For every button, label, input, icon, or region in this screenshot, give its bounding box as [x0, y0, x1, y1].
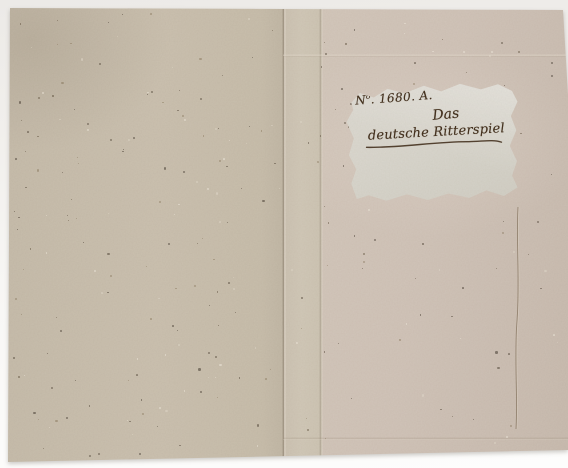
paper-speckles	[0, 0, 568, 468]
scan-canvas: No. 1680. A. Das deutsche Ritterspiel	[0, 0, 568, 468]
paper-shadow: No. 1680. A. Das deutsche Ritterspiel	[0, 0, 568, 468]
paper-label: No. 1680. A. Das deutsche Ritterspiel	[346, 80, 521, 203]
label-title-main: deutsche Ritterspiel	[367, 121, 505, 144]
folder-cover: No. 1680. A. Das deutsche Ritterspiel	[0, 0, 568, 468]
label-title-word: Das	[432, 106, 460, 124]
